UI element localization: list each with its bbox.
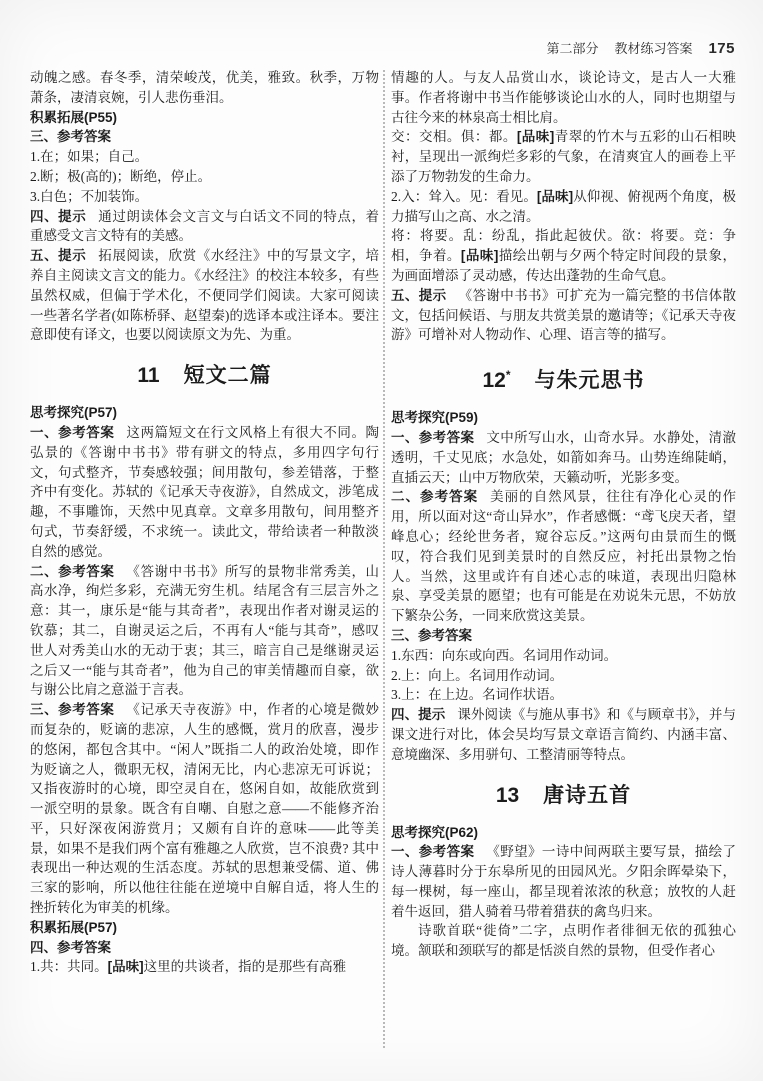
lesson-heading-12: 12*与朱元思书 <box>391 362 736 394</box>
lesson-heading-11: 11短文二篇 <box>30 362 379 389</box>
header-section-title: 教材练习答案 <box>614 38 692 57</box>
hint-paragraph: 四、提示课外阅读《与施从事书》和《与顾章书》，并与课文进行对比，体会吴均写景文章… <box>391 705 736 764</box>
answer-paragraph: 一、参考答案文中所写山水，山奇水异。水静处，清澈透明，千丈见底；水急处，如箭如奔… <box>391 428 736 487</box>
body-paragraph: 诗歌首联“徙倚”二字，点明作者徘徊无依的孤独心境。颔联和颈联写的都是恬淡自然的景… <box>391 921 736 961</box>
answer-text: 这两篇短文在行文风格上有很大不同。陶弘景的《答谢中书书》带有骈文的特点，多用四字… <box>30 425 379 559</box>
body-paragraph: 交：交相。俱：都。[品味]青翠的竹木与五彩的山石相映衬，呈现出一派绚烂多彩的气象… <box>391 127 736 186</box>
column-left: 动魄之感。春冬季，清荣峻茂，优美，雅致。秋季，万物萧条，凄清哀婉，引人悲伤垂泪。… <box>30 68 379 977</box>
bold-subheading: 四、参考答案 <box>30 938 379 958</box>
column-divider <box>383 70 385 1048</box>
header-page-number: 175 <box>708 40 735 57</box>
hint-paragraph: 五、提示《答谢中书书》可扩充为一篇完整的书信体散文，包括问候语、与朋友共赏美景的… <box>391 286 736 345</box>
answer-label: 四、提示 <box>391 707 445 722</box>
answer-paragraph: 三、参考答案《记承天寺夜游》中，作者的心境是微妙而复杂的，贬谪的悲凉，人生的感慨… <box>30 700 379 918</box>
list-item-line: 2.上：向上。名词用作动词。 <box>391 666 736 686</box>
answer-paragraph: 二、参考答案美丽的自然风景，往往有净化心灵的作用，所以面对这“奇山异水”，作者感… <box>391 487 736 626</box>
answer-label: 五、提示 <box>30 248 86 263</box>
answer-label: 一、参考答案 <box>391 844 474 859</box>
column-right: 情趣的人。与友人品赏山水，谈论诗文，是古人一大雅事。作者将谢中书当作能够谈论山水… <box>391 68 736 961</box>
list-item-line: 1.东西：向东或向西。名词用作动词。 <box>391 646 736 666</box>
list-item-line: 1.在；如果；自己。 <box>30 147 379 167</box>
answer-label: 一、参考答案 <box>30 425 114 440</box>
bold-subheading: 三、参考答案 <box>30 127 379 147</box>
list-item-line: 1.共：共同。[品味]这里的共谈者，指的是那些有高雅 <box>30 957 379 977</box>
page-header: 第二部分 教材练习答案 175 <box>546 38 735 57</box>
answer-paragraph: 一、参考答案《野望》一诗中间两联主要写景，描绘了诗人薄暮时分于东皋所见的田园风光… <box>391 842 736 921</box>
answer-label: 一、参考答案 <box>391 430 474 445</box>
body-paragraph: 动魄之感。春冬季，清荣峻茂，优美，雅致。秋季，万物萧条，凄清哀婉，引人悲伤垂泪。 <box>30 68 379 108</box>
bold-subheading: 积累拓展(P57) <box>30 918 379 938</box>
lesson-number: 12* <box>482 369 510 392</box>
answer-paragraph: 一、参考答案这两篇短文在行文风格上有很大不同。陶弘景的《答谢中书书》带有骈文的特… <box>30 423 379 562</box>
bold-subheading: 积累拓展(P55) <box>30 108 379 128</box>
lesson-number-text: 12 <box>482 369 505 392</box>
hint-paragraph: 五、提示拓展阅读，欣赏《水经注》中的写景文字，培养自主阅读文言文的能力。《水经注… <box>30 246 379 345</box>
answer-label: 三、参考答案 <box>30 702 114 717</box>
answer-paragraph: 二、参考答案《答谢中书书》所写的景物非常秀美，山高水净，绚烂多彩，充满无穷生机。… <box>30 562 379 701</box>
list-item-line: 3.上：在上边。名词作状语。 <box>391 685 736 705</box>
asterisk-mark: * <box>506 368 511 382</box>
bold-subheading: 三、参考答案 <box>391 626 736 646</box>
answer-label: 五、提示 <box>391 288 447 303</box>
lesson-title: 唐诗五首 <box>543 784 631 807</box>
textbook-answer-page: 第二部分 教材练习答案 175 动魄之感。春冬季，清荣峻茂，优美，雅致。秋季，万… <box>0 0 763 1081</box>
list-item-line: 2.入：耸入。见：看见。[品味]从仰视、俯视两个角度，极力描写山之高、水之清。 <box>391 187 736 227</box>
lesson-heading-13: 13唐诗五首 <box>391 782 736 809</box>
bold-subheading: 思考探究(P59) <box>391 408 736 428</box>
body-paragraph: 将：将要。乱：纷乱，指此起彼伏。欲：将要。竞：争相，争着。[品味]描绘出朝与夕两… <box>391 226 736 285</box>
answer-label: 二、参考答案 <box>391 489 478 504</box>
answer-label: 四、提示 <box>30 209 86 224</box>
answer-text: 《记承天寺夜游》中，作者的心境是微妙而复杂的，贬谪的悲凉，人生的感慨，赏月的欣喜… <box>30 702 379 915</box>
bold-subheading: 思考探究(P62) <box>391 823 736 843</box>
answer-label: 二、参考答案 <box>30 564 114 579</box>
lesson-title: 与朱元思书 <box>535 369 645 392</box>
list-item-line: 3.白色；不加装饰。 <box>30 187 379 207</box>
lesson-number: 11 <box>137 364 159 387</box>
answer-text: 《答谢中书书》所写的景物非常秀美，山高水净，绚烂多彩，充满无穷生机。结尾含有三层… <box>30 564 379 698</box>
lesson-number: 13 <box>496 784 519 807</box>
body-paragraph: 情趣的人。与友人品赏山水，谈论诗文，是古人一大雅事。作者将谢中书当作能够谈论山水… <box>391 68 736 127</box>
lesson-title: 短文二篇 <box>184 364 272 387</box>
bold-subheading: 思考探究(P57) <box>30 403 379 423</box>
answer-text: 美丽的自然风景，往往有净化心灵的作用，所以面对这“奇山异水”，作者感慨：“鸢飞戾… <box>391 489 736 623</box>
list-item-line: 2.断；极(高的)；断绝，停止。 <box>30 167 379 187</box>
hint-paragraph: 四、提示通过朗读体会文言文与白话文不同的特点，着重感受文言文特有的美感。 <box>30 207 379 247</box>
header-part-label: 第二部分 <box>546 38 598 57</box>
